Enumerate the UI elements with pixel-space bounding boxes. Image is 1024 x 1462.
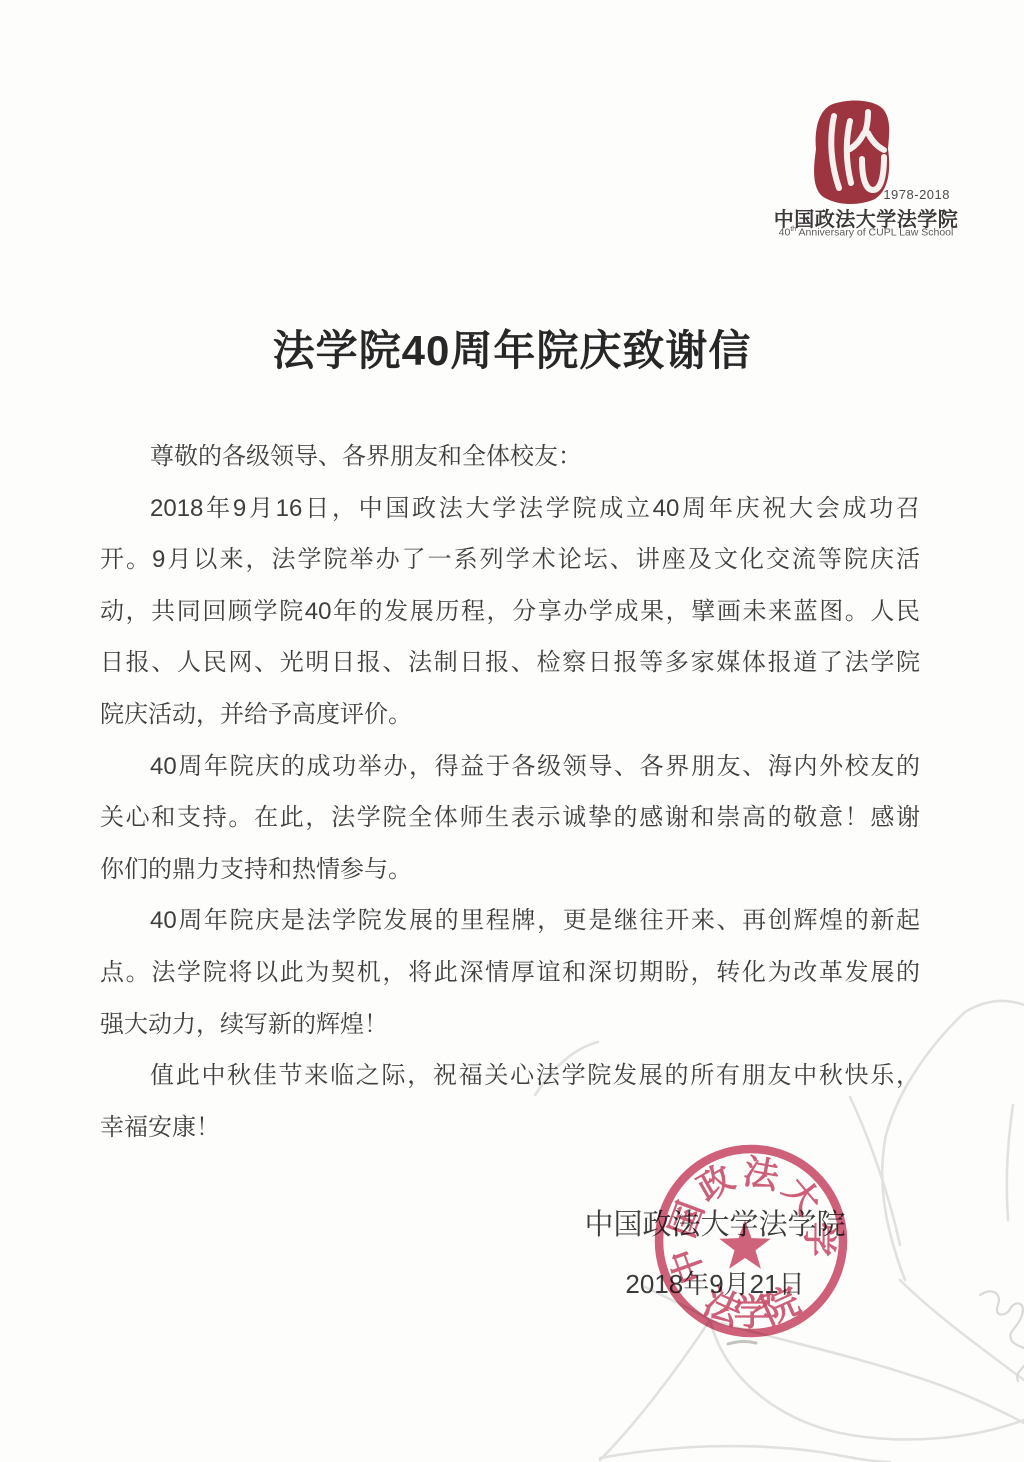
letter-body: 尊敬的各级领导、各界朋友和全体校友： 2018年9月16日，中国政法大学法学院成… (100, 431, 920, 1153)
logo-name-en: 40th Anniversary of CUPL Law School (769, 226, 963, 239)
watermark-petal (600, 1446, 890, 1462)
letter-line: 院庆活动，并给予高度评价。 (100, 689, 920, 741)
letter-line: 动，共同回顾学院40年的发展历程，分享办学成果，擘画未来蓝图。人民 (100, 586, 920, 638)
watermark-petal (965, 1001, 1024, 1012)
letter-page: 1978-2018 中国政法大学法学院 40th Anniversary of … (0, 0, 1024, 1462)
stamp-star-icon (719, 1220, 770, 1269)
letter-line: 40周年院庆是法学院发展的里程牌，更是继往开来、再创辉煌的新起 (100, 895, 920, 947)
letter-salutation: 尊敬的各级领导、各界朋友和全体校友： (100, 431, 920, 483)
official-stamp: 中国政法大学 法学院 (649, 1139, 853, 1343)
page-title: 法学院40周年院庆致谢信 (0, 318, 1024, 378)
letter-line: 40周年院庆的成功举办，得益于各级领导、各界朋友、海内外校友的 (100, 741, 920, 793)
watermark-stamen-scribble (980, 1291, 1024, 1381)
letter-line: 强大动力，续写新的辉煌！ (100, 999, 920, 1051)
logo-anniversary-number: 40 (779, 227, 791, 239)
letter-line: 开。9月以来，法学院举办了一系列学术论坛、讲座及文化交流等院庆活 (100, 534, 920, 586)
logo-years: 1978-2018 (800, 187, 950, 202)
letter-line: 点。法学院将以此为契机，将此深情厚谊和深切期盼，转化为改革发展的 (100, 947, 920, 999)
letter-line: 2018年9月16日，中国政法大学法学院成立40周年庆祝大会成功召 (100, 483, 920, 535)
letter-line: 关心和支持。在此，法学院全体师生表示诚挚的感谢和崇高的敬意！感谢 (100, 792, 920, 844)
watermark-petal (1007, 1105, 1013, 1220)
logo-anniversary-text: Anniversary of CUPL Law School (796, 227, 953, 239)
letter-line: 日报、人民网、光明日报、法制日报、检察日报等多家媒体报道了法学院 (100, 637, 920, 689)
letter-line: 你们的鼎力支持和热情参与。 (100, 844, 920, 896)
anniversary-logo: 1978-2018 中国政法大学法学院 40th Anniversary of … (760, 90, 970, 250)
watermark-petal (900, 1280, 1024, 1380)
letter-line: 值此中秋佳节来临之际，祝福关心法学院发展的所有朋友中秋快乐， (100, 1050, 920, 1102)
